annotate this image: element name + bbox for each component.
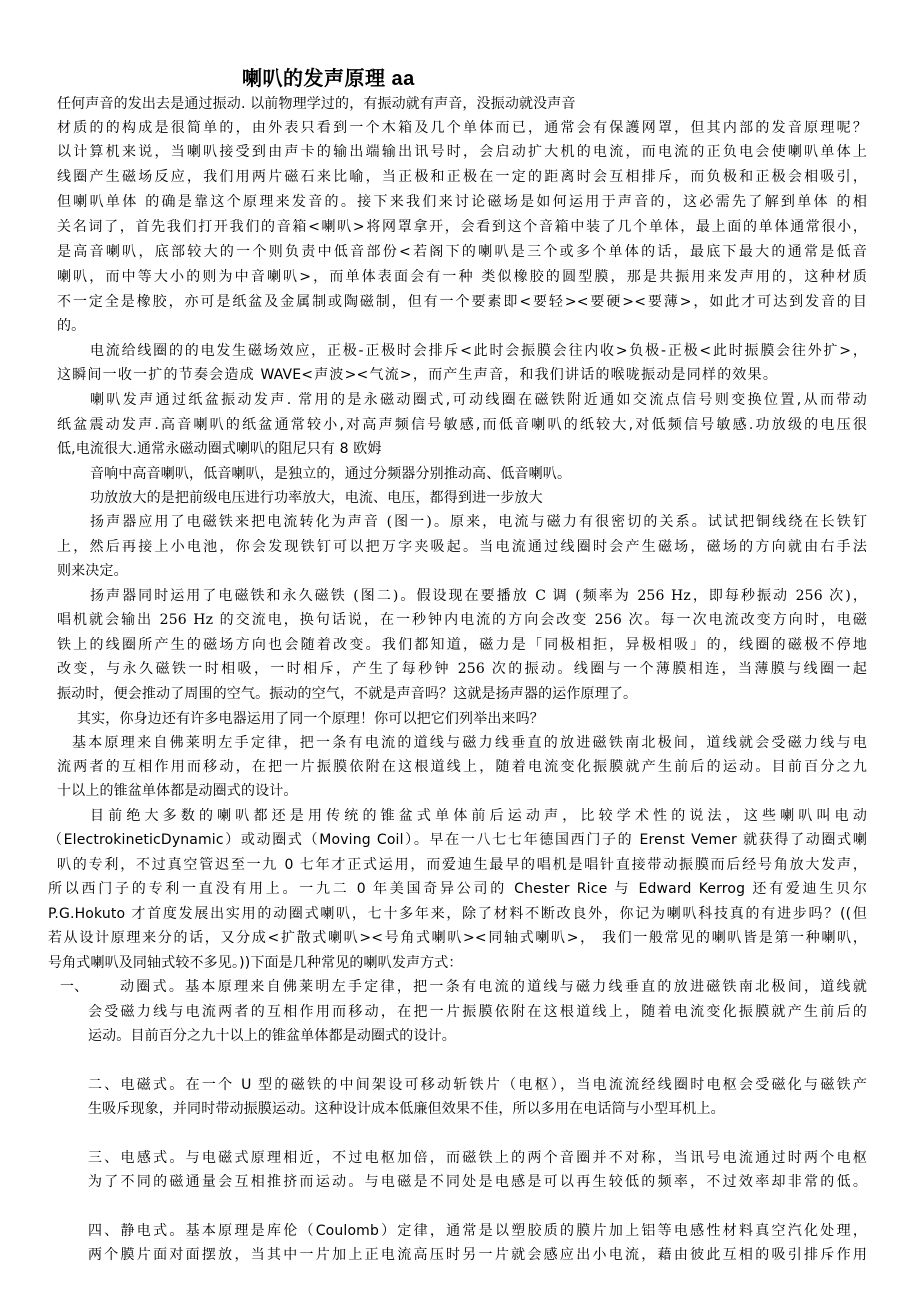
paragraph-line: 振动时，便会推动了周围的空气。振动的空气，不就是声音吗？这就是扬声器的运作原理了… — [57, 682, 717, 706]
paragraph-line: 目前绝大多数的喇叭都还是用传统的锥盆式单体前后运动声，比较学术性的说法，这些喇叭… — [90, 804, 867, 828]
paragraph-line: 号角式喇叭及同轴式较不多见。))下面是几种常见的喇叭发声方式： — [48, 951, 498, 975]
list-item-line: 二、电磁式。在一个 U 型的磁铁的中间架设可移动斩铁片（电枢），当电流流经线圈时… — [88, 1073, 867, 1097]
paragraph-line: 十以上的锥盆单体都是动圈式的设计。 — [57, 779, 337, 803]
paragraph-line: 基本原理来自佛莱明左手定律，把一条有电流的道线与磁力线垂直的放进磁铁南北极间，道… — [72, 731, 867, 755]
paragraph-line: 是高音喇叭，底部较大的一个则负责中低音部份<若阁下的喇叭是三个或多个单体的话，最… — [57, 240, 867, 264]
paragraph-line: 音响中高音喇叭，低音喇叭，是独立的，通过分频器分别推动高、低音喇叭。 — [90, 462, 630, 486]
paragraph-line: 所以西门子的专利一直没有用上。一九二 0 年美国奇异公司的 Chester Ri… — [48, 877, 867, 901]
list-item-line: 动圈式。基本原理来自佛莱明左手定律，把一条有电流的道线与磁力线垂直的放进磁铁南北… — [120, 975, 867, 999]
paragraph-line: （ElectrokineticDynamic）或动圈式（Moving Coil）… — [48, 828, 867, 852]
paragraph-line: 喇叭，而中等大小的则为中音喇叭>，而单体表面会有一种 类似橡胶的圆型膜，那是共振… — [57, 265, 867, 289]
paragraph-line: 扬声器应用了电磁铁来把电流转化为声音 (图一)。原来，电流与磁力有很密切的关系。… — [90, 510, 867, 534]
paragraph-line: 这瞬间一收一扩的节奏会造成 WAVE<声波><气流>，而产生声音，和我们讲话的喉… — [57, 363, 777, 387]
paragraph-line: 改变，与永久磁铁一时相吸，一时相斥，产生了每秒钟 256 次的振动。线圈与一个薄… — [57, 657, 867, 681]
paragraph-line: 唱机就会输出 256 Hz 的交流电，换句话说，在一秒钟内电流的方向会改变 25… — [57, 608, 867, 632]
paragraph-line: 扬声器同时运用了电磁铁和永久磁铁 (图二)。假设现在要播放 C 调 (频率为 2… — [90, 584, 867, 608]
paragraph-line: 铁上的线圈所产生的磁场方向也会随着改变。我们都知道，磁力是「同极相拒，异极相吸」… — [57, 633, 867, 657]
list-item-line: 两个膜片面对面摆放，当其中一片加上正电流高压时另一片就会感应出小电流，藉由彼此互… — [88, 1243, 867, 1267]
document-title: 喇叭的发声原理 aa — [0, 62, 920, 91]
list-item-line: 生吸斥现象，并同时带动振膜运动。这种设计成本低廉但效果不佳，所以多用在电话筒与小… — [88, 1097, 738, 1121]
paragraph-line: 低,电流很大.通常永磁动圈式喇叭的阻尼只有 8 欧姆 — [57, 437, 397, 461]
paragraph-line: P.G.Hokuto 才首度发展出实用的动圈式喇叭，七十多年来，除了材料不断改良… — [48, 902, 867, 926]
paragraph-line: 不一定全是橡胶，亦可是纸盆及金属制或陶磁制，但有一个要素即<要轻><要硬><要薄… — [57, 290, 867, 314]
paragraph-line: 叭的专利，不过真空管迟至一九 0 七年才正式运用，而爱迪生最早的唱机是唱针直接带… — [57, 853, 867, 877]
paragraph-line: 以计算机来说，当喇叭接受到由声卡的输出端输出讯号时，会启动扩大机的电流，而电流的… — [57, 140, 867, 164]
list-item-line: 会受磁力线与电流两者的互相作用而移动，在把一片振膜依附在这根道线上，随着电流变化… — [88, 1000, 867, 1024]
list-item-line: 三、电感式。与电磁式原理相近，不过电枢加倍，而磁铁上的两个音圈并不对称，当讯号电… — [88, 1146, 867, 1170]
paragraph-line: 的。 — [57, 314, 97, 338]
paragraph-line: 电流给线圈的的电发生磁场效应，正极-正极时会排斥<此时会振膜会往内收>负极-正极… — [90, 339, 867, 363]
paragraph-line: 但喇叭单体 的确是靠这个原理来发音的。接下来我们来讨论磁场是如何运用于声音的，这… — [57, 190, 867, 214]
paragraph-line: 上，然后再接上小电池，你会发现铁钉可以把万字夹吸起。当电流通过线圈时会产生磁场，… — [57, 535, 867, 559]
list-marker: 一、 — [60, 975, 100, 999]
paragraph-line: 关名词了，首先我们打开我们的音箱<喇叭>将网罩拿开，会看到这个音箱中装了几个单体… — [57, 215, 867, 239]
paragraph-line: 功放放大的是把前级电压进行功率放大，电流、电压，都得到进一步放大 — [90, 486, 610, 510]
paragraph-line: 若从设计原理来分的话，又分成<扩散式喇叭><号角式喇叭><同轴式喇叭>， 我们一… — [48, 926, 867, 950]
list-item-line: 运动。目前百分之九十以上的锥盆单体都是动圈式的设计。 — [88, 1024, 508, 1048]
paragraph-line: 任何声音的发出去是通过振动. 以前物理学过的，有振动就有声音，没振动就没声音 — [57, 92, 657, 116]
paragraph-line: 则来决定。 — [57, 559, 137, 583]
paragraph-line: 材质的的构成是很简单的，由外表只看到一个木箱及几个单体而已，通常会有保護网罩，但… — [57, 116, 867, 140]
paragraph-line: 纸盆震动发声.高音喇叭的纸盆通常较小,对高声频信号敏感,而低音喇叭的纸较大,对低… — [57, 413, 867, 437]
list-item-line: 为了不同的磁通量会互相推挤而运动。与电磁是不同处是电感是可以再生较低的频率，不过… — [88, 1170, 867, 1194]
paragraph-line: 线圈产生磁场反应，我们用两片磁石来比喻，当正极和正极在一定的距离时会互相排斥，而… — [57, 165, 867, 189]
paragraph-line: 其实，你身边还有许多电器运用了同一个原理！你可以把它们列举出来吗？ — [77, 707, 617, 731]
paragraph-line: 喇叭发声通过纸盆振动发声. 常用的是永磁动圈式,可动线圈在磁铁附近通如交流点信号… — [90, 388, 867, 412]
document-page: 喇叭的发声原理 aa 任何声音的发出去是通过振动. 以前物理学过的，有振动就有声… — [0, 0, 920, 1302]
paragraph-line: 流两者的互相作用而移动，在把一片振膜依附在这根道线上，随着电流变化振膜就产生前后… — [57, 755, 867, 779]
list-item-line: 四、静电式。基本原理是库伦（Coulomb）定律，通常是以塑胶质的膜片加上铝等电… — [88, 1219, 867, 1243]
